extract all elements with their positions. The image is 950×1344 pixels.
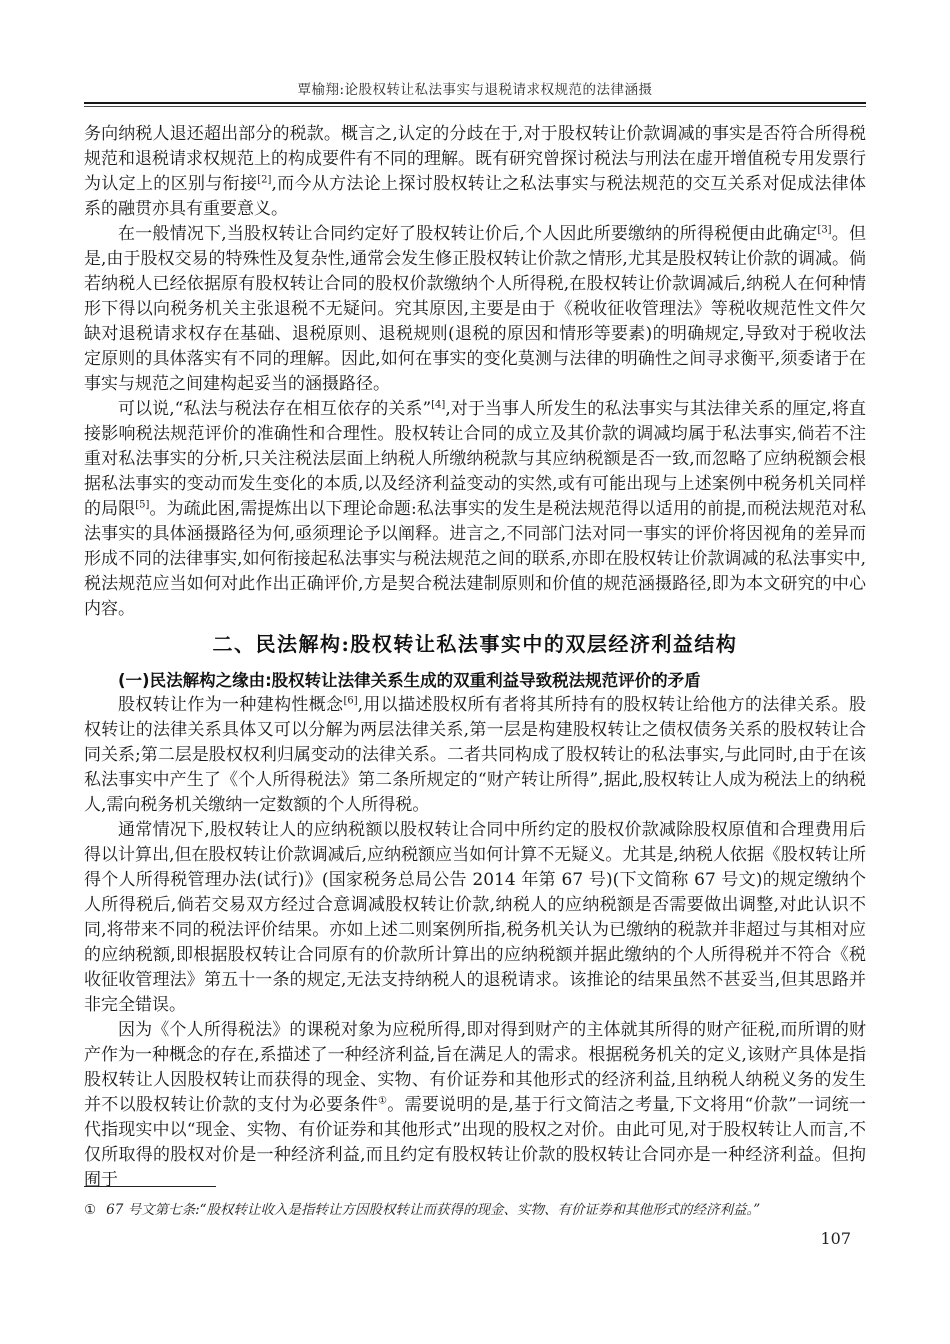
footnote-divider <box>84 1186 216 1187</box>
body-paragraph: 可以说,“私法与税法存在相互依存的关系”[4],对于当事人所发生的私法事实与其法… <box>84 397 866 622</box>
footnote-reference: [2] <box>257 174 271 185</box>
footnote-reference: [6] <box>343 695 357 706</box>
body-paragraph: 务向纳税人退还超出部分的税款。概言之,认定的分歧在于,对于股权转让价款调减的事实… <box>84 122 866 222</box>
footnote-reference: [5] <box>135 499 149 510</box>
footnote-reference: [4] <box>431 399 445 410</box>
running-header-title: 覃榆翔:论股权转让私法事实与退税请求权规范的法律涵摄 <box>84 82 866 98</box>
footnote-reference: [3] <box>817 224 831 235</box>
journal-page: 覃榆翔:论股权转让私法事实与退税请求权规范的法律涵摄 务向纳税人退还超出部分的税… <box>0 0 950 1344</box>
body-paragraph: 因为《个人所得税法》的课税对象为应税所得,即对得到财产的主体就其所得的财产征税,… <box>84 1018 866 1193</box>
subsection-heading: (一)民法解构之缘由:股权转让法律关系生成的双重利益导致税法规范评价的矛盾 <box>84 668 866 693</box>
footnote-reference: ① <box>378 1095 387 1106</box>
body-paragraph: 股权转让作为一种建构性概念[6],用以描述股权所有者将其所持有的股权转让给他方的… <box>84 693 866 818</box>
footnote-marker: ① <box>84 1202 96 1218</box>
article-body: 务向纳税人退还超出部分的税款。概言之,认定的分歧在于,对于股权转让价款调减的事实… <box>84 122 866 1193</box>
page-number: 107 <box>820 1229 851 1249</box>
footnote: ①67 号文第七条:“股权转让收入是指转让方因股权转让而获得的现金、实物、有价证… <box>84 1200 866 1220</box>
section-heading: 二、民法解构:股权转让私法事实中的双层经济利益结构 <box>84 631 866 658</box>
header-rule <box>84 102 866 107</box>
body-paragraph: 在一般情况下,当股权转让合同约定好了股权转让价后,个人因此所要缴纳的所得税便由此… <box>84 222 866 397</box>
footnote-text: 67 号文第七条:“股权转让收入是指转让方因股权转让而获得的现金、实物、有价证券… <box>106 1202 760 1218</box>
body-paragraph: 通常情况下,股权转让人的应纳税额以股权转让合同中所约定的股权价款减除股权原值和合… <box>84 818 866 1018</box>
